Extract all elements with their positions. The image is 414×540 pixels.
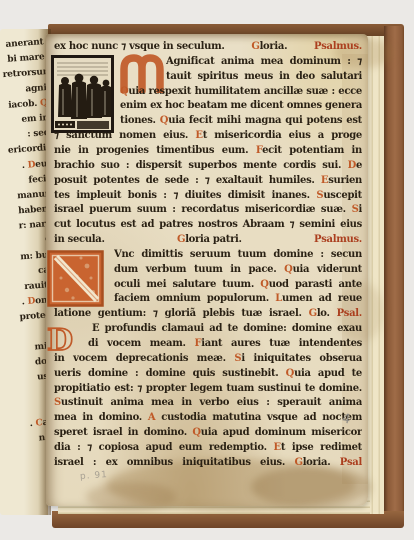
- text-line: oculi mei salutare tuum. Quod parasti an…: [114, 278, 362, 292]
- rubric-text: Psal.: [337, 308, 362, 319]
- line-group: Quia respexit humilitatem ancillæ suæ : …: [120, 86, 362, 97]
- body-text: faciem omnium populorum.: [114, 293, 275, 304]
- rubricated-capital: Q: [160, 115, 168, 126]
- text-line: faciem omnium populorum. Lumen ad reue: [114, 292, 362, 306]
- rubricated-capital: S: [54, 397, 61, 408]
- line-group: ⁊ sanctum nomen eius. Et misericordia ei…: [54, 130, 362, 141]
- line-group: Sustinuit anima mea in verbo eius : sper…: [54, 397, 362, 408]
- line-group: enim ex hoc beatam me dicent omnes gener…: [120, 100, 362, 111]
- body-text: uia viderunt: [293, 264, 362, 275]
- psalm-text-block: ex hoc nunc ⁊ vsque in seculum.Gloria.Ps…: [54, 40, 362, 470]
- body-text: surien: [328, 175, 362, 186]
- body-text: e: [356, 160, 362, 171]
- line-group: di vocem meam. Fiant aures tuæ intendent…: [88, 338, 362, 349]
- text-line: E profundis clamaui ad te domine: domine…: [92, 322, 362, 336]
- rubric-text: Psalmus.: [314, 234, 362, 245]
- rubricated-capital: E: [195, 130, 202, 141]
- line-group: Gloria.: [251, 40, 287, 54]
- page-block-fore-edge: [366, 36, 384, 514]
- text-line: dum verbum tuum in pace. Quia viderunt: [114, 263, 362, 277]
- line-group: in vocem deprecationis meæ. Si iniquitat…: [54, 353, 362, 364]
- body-text: uia respexit humilitatem ancillæ suæ : e…: [128, 86, 362, 97]
- body-text: t misericordia eius a proge: [203, 130, 362, 141]
- text-line: cut locutus est ad patres nostros Abraam…: [54, 218, 362, 232]
- body-text: brachio suo : dispersit superbos mente c…: [54, 160, 348, 171]
- body-text: t ipse redimet: [281, 442, 362, 453]
- text-line: ⁊ sanctum nomen eius. Et misericordia ei…: [54, 129, 362, 143]
- body-text: iant aures tuæ intendentes: [201, 338, 362, 349]
- body-text: mea in domino.: [54, 412, 148, 423]
- line-group: ex hoc nunc ⁊ vsque in seculum.: [54, 40, 225, 54]
- rubricated-capital: G: [309, 308, 317, 319]
- line-group: israel : ex omnibus iniquitatibus eius. …: [54, 457, 362, 468]
- body-text: ustinuit anima mea in verbo eius : spera…: [61, 397, 362, 408]
- body-text: speret israel in domino.: [54, 427, 192, 438]
- body-text: uia apud te: [294, 368, 362, 379]
- line-group: tauit spiritus meus in deo salutari meo.: [166, 71, 362, 84]
- line-group: posuit potentes de sede : ⁊ exaltauit hu…: [54, 175, 362, 186]
- body-text: tauit spiritus meus in deo salutari meo.: [166, 71, 362, 84]
- body-text: ex hoc nunc ⁊ vsque in seculum.: [54, 41, 225, 52]
- rubricated-capital: Q: [286, 368, 294, 379]
- body-text: E profundis clamaui ad te domine: domine…: [92, 323, 362, 334]
- body-text: uscepit: [323, 190, 362, 201]
- text-line: israel puerum suum : recordatus miserico…: [54, 203, 362, 217]
- text-line: di vocem meam. Fiant aures tuæ intendent…: [88, 337, 362, 351]
- body-text: Agnificat anima mea dominum : ⁊ exul: [166, 56, 362, 69]
- line-group: tes impleuit bonis : ⁊ diuites dimisit i…: [54, 190, 362, 201]
- pencil-note: p. 91: [80, 470, 109, 482]
- body-text: i iniquitates obserua: [241, 353, 362, 364]
- line-group: in secula.: [54, 233, 105, 247]
- text-line: posuit potentes de sede : ⁊ exaltauit hu…: [54, 174, 362, 188]
- line-group: propitiatio est: ⁊ propter legem tuam su…: [54, 383, 362, 394]
- line-group: cut locutus est ad patres nostros Abraam…: [54, 219, 362, 230]
- body-text: umen ad reue: [282, 293, 362, 304]
- line-group: mea in domino. A custodia matutina vsque…: [54, 412, 362, 423]
- body-text: latione gentium: ⁊ gloriã plebis tuæ isr…: [54, 308, 309, 319]
- body-text: oculi mei salutare tuum.: [114, 279, 260, 290]
- line-group: speret israel in domino. Quia apud domin…: [54, 427, 362, 438]
- body-text: in vocem deprecationis meæ.: [54, 353, 234, 364]
- text-line: latione gentium: ⁊ gloriã plebis tuæ isr…: [54, 307, 362, 321]
- body-text: Vnc dimittis seruum tuum domine : secun: [114, 249, 362, 260]
- rubricated-capital: G: [294, 457, 302, 468]
- rubricated-capital: S: [352, 204, 359, 215]
- body-text: ecit potentiam in: [262, 145, 362, 156]
- text-line: tes impleuit bonis : ⁊ diuites dimisit i…: [54, 189, 362, 203]
- text-line: in vocem deprecationis meæ. Si iniquitat…: [54, 352, 362, 366]
- body-text: in secula.: [54, 234, 105, 245]
- line-group: Gloria patri.: [177, 233, 242, 247]
- line-group: dia : ⁊ copiosa apud eum redemptio. Et i…: [54, 442, 362, 453]
- text-line: speret israel in domino. Quia apud domin…: [54, 426, 362, 440]
- body-text: uia apud dominum misericor: [201, 427, 362, 438]
- text-line: brachio suo : dispersit superbos mente c…: [54, 159, 362, 173]
- rubric-text: Psalmus.: [314, 41, 362, 52]
- body-text: ueris domine : domine quis sustinebit.: [54, 368, 286, 379]
- line-group: nie in progenies timentibus eum. Fecit p…: [54, 145, 362, 156]
- text-line: mea in domino. A custodia matutina vsque…: [54, 411, 362, 425]
- rubricated-capital: D: [348, 160, 356, 171]
- line-group: tiones. Quia fecit mihi magna qui potens…: [120, 115, 362, 126]
- text-line: dia : ⁊ copiosa apud eum redemptio. Et i…: [54, 441, 362, 455]
- leather-binding-right: [384, 26, 404, 527]
- body-text: ⁊ sanctum nomen eius.: [54, 130, 195, 141]
- right-page: D ex hoc nunc ⁊ vsque in seculum.Gloria.…: [46, 34, 368, 506]
- line-group: israel puerum suum : recordatus miserico…: [54, 204, 362, 215]
- rubricated-capital: Q: [284, 264, 292, 275]
- line-group: faciem omnium populorum. Lumen ad reue: [114, 293, 362, 304]
- body-text: loria.: [260, 41, 288, 52]
- body-text: tiones.: [120, 115, 160, 126]
- body-text: uia fecit mihi magna qui potens est: [168, 115, 362, 126]
- text-line: nie in progenies timentibus eum. Fecit p…: [54, 144, 362, 158]
- book-photo: anerant vtbi mare quodretrorsum.agni oui…: [0, 0, 414, 540]
- body-text: uod parasti ante: [269, 279, 362, 290]
- text-line: enim ex hoc beatam me dicent omnes gener…: [120, 99, 362, 113]
- line-group: Agnificat anima mea dominum : ⁊ exul: [166, 56, 362, 69]
- rubric-text: Psal: [340, 457, 362, 468]
- line-group: Psalmus.: [314, 233, 362, 247]
- body-text: dia : ⁊ copiosa apud eum redemptio.: [54, 442, 273, 453]
- rubricated-capital: G: [177, 234, 185, 245]
- line-group: brachio suo : dispersit superbos mente c…: [54, 160, 362, 171]
- text-line: tauit spiritus meus in deo salutari meo.: [166, 70, 362, 84]
- body-text: enim ex hoc beatam me dicent omnes gener…: [120, 100, 362, 111]
- line-group: Vnc dimittis seruum tuum domine : secun: [114, 249, 362, 260]
- text-line: israel : ex omnibus iniquitatibus eius. …: [54, 456, 362, 470]
- body-text: loria.: [303, 457, 340, 468]
- line-group: dum verbum tuum in pace. Quia viderunt: [114, 264, 362, 275]
- text-line: Agnificat anima mea dominum : ⁊ exul: [166, 55, 362, 69]
- body-text: propitiatio est: ⁊ propter legem tuam su…: [54, 383, 362, 394]
- line-group: E profundis clamaui ad te domine: domine…: [92, 323, 362, 334]
- rubricated-capital: G: [251, 41, 259, 52]
- body-text: tes impleuit bonis : ⁊ diuites dimisit i…: [54, 190, 316, 201]
- line-group: latione gentium: ⁊ gloriã plebis tuæ isr…: [54, 308, 362, 319]
- rubricated-capital: Q: [192, 427, 200, 438]
- text-line: ueris domine : domine quis sustinebit. Q…: [54, 367, 362, 381]
- body-text: cut locutus est ad patres nostros Abraam…: [54, 219, 362, 230]
- line-group: ueris domine : domine quis sustinebit. Q…: [54, 368, 362, 379]
- text-line: propitiatio est: ⁊ propter legem tuam su…: [54, 382, 362, 396]
- line-group: Psalmus.: [314, 40, 362, 54]
- text-line: Quia respexit humilitatem ancillæ suæ : …: [120, 85, 362, 99]
- line-group: oculi mei salutare tuum. Quod parasti an…: [114, 279, 362, 290]
- body-text: lo.: [317, 308, 337, 319]
- body-text: di vocem meam.: [88, 338, 194, 349]
- body-text: israel : ex omnibus iniquitatibus eius.: [54, 457, 294, 468]
- rubricated-capital: Q: [260, 279, 268, 290]
- body-text: dum verbum tuum in pace.: [114, 264, 284, 275]
- text-line: in secula.Gloria patri.Psalmus.: [54, 233, 362, 247]
- text-line: Sustinuit anima mea in verbo eius : sper…: [54, 396, 362, 410]
- text-line: ex hoc nunc ⁊ vsque in seculum.Gloria.Ps…: [54, 40, 362, 54]
- body-text: posuit potentes de sede : ⁊ exaltauit hu…: [54, 175, 321, 186]
- body-text: nie in progenies timentibus eum.: [54, 145, 256, 156]
- body-text: i: [359, 204, 363, 215]
- text-line: tiones. Quia fecit mihi magna qui potens…: [120, 114, 362, 128]
- body-text: loria patri.: [185, 234, 242, 245]
- text-line: Vnc dimittis seruum tuum domine : secun: [114, 248, 362, 262]
- body-text: israel puerum suum : recordatus miserico…: [54, 204, 352, 215]
- body-text: iacob.: [8, 98, 41, 110]
- body-text: custodia matutina vsque ad noctem: [155, 412, 362, 423]
- rubricated-capital: E: [273, 442, 280, 453]
